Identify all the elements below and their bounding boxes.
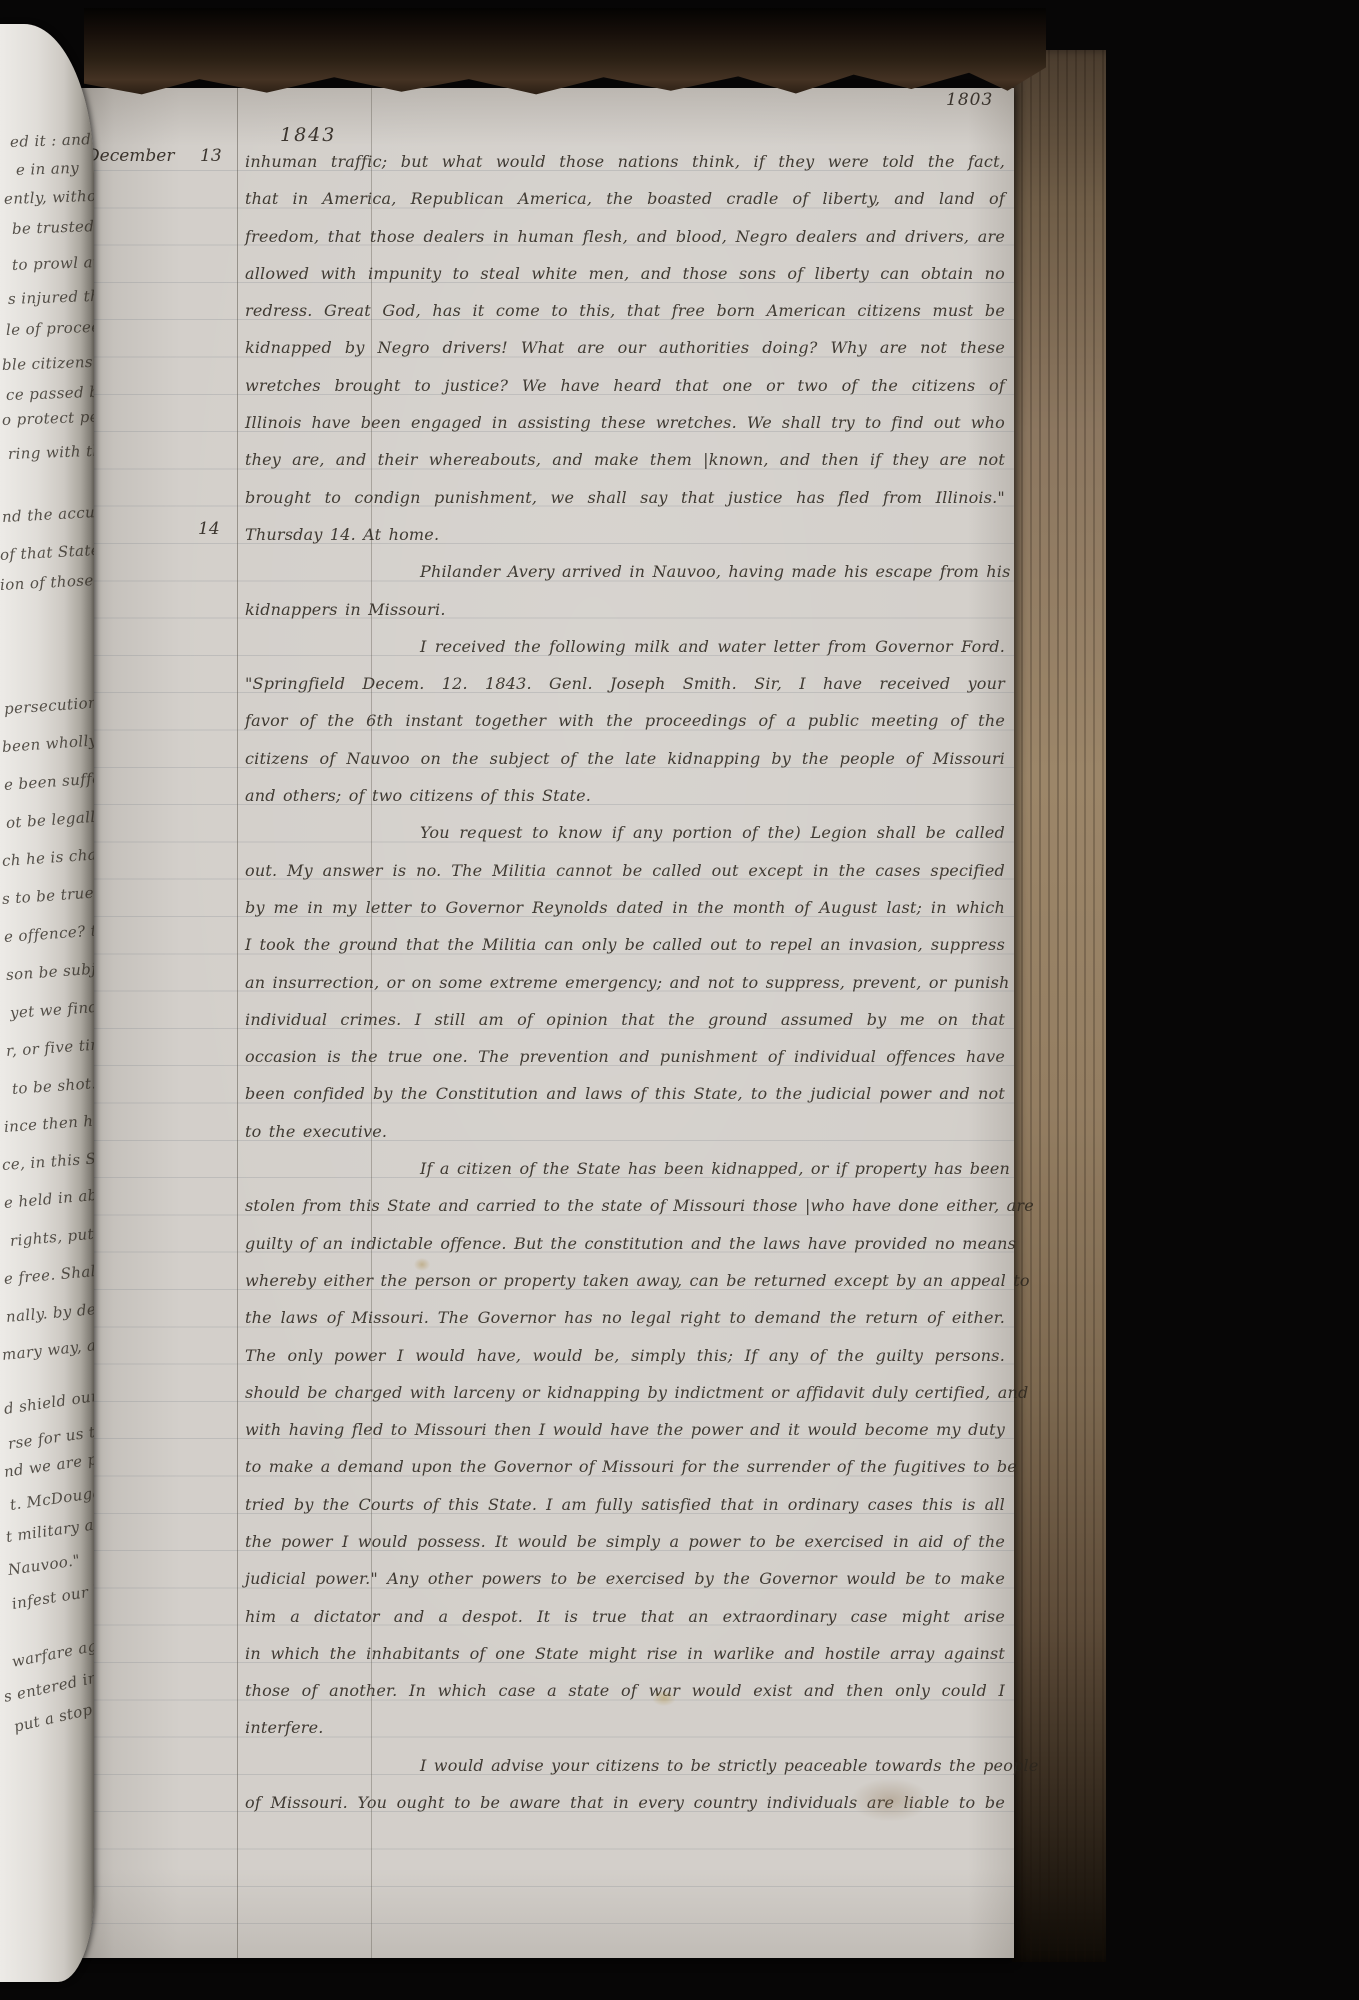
manuscript-line: should be charged with larceny or kidnap… <box>245 1374 1005 1411</box>
margin-month-label: December <box>86 146 174 166</box>
manuscript-line: kidnappers in Missouri. <box>245 591 1005 628</box>
manuscript-line: out. My answer is no. The Militia cannot… <box>245 852 1005 889</box>
margin-day-number-14: 14 <box>198 519 220 539</box>
manuscript-line: wretches brought to justice? We have hea… <box>245 367 1005 404</box>
manuscript-line: tried by the Courts of this State. I am … <box>245 1486 1005 1523</box>
ghost-text-fragment: warfare against <box>10 1629 94 1671</box>
ghost-text-fragment: infest our bord <box>11 1576 94 1612</box>
ghost-text-fragment: nd the accumulat <box>2 501 94 526</box>
manuscript-line: The only power I would have, would be, s… <box>245 1337 1005 1374</box>
ghost-text-fragment: le of proceedin <box>6 317 94 339</box>
manuscript-line: Illinois have been engaged in assisting … <box>245 404 1005 441</box>
manuscript-line: in which the inhabitants of one State mi… <box>245 1635 1005 1672</box>
ghost-text-fragment: ce, in this Sta <box>1 1148 94 1174</box>
ghost-text-fragment: mary way, and <box>1 1334 94 1364</box>
manuscript-line: been confided by the Constitution and la… <box>245 1075 1005 1112</box>
previous-page-edge: ed it : ande in anyently, withoutbe trus… <box>0 24 94 1982</box>
ghost-text-fragment: to be shot. <box>11 1074 94 1098</box>
manuscript-line: I took the ground that the Militia can o… <box>245 926 1005 963</box>
manuscript-body: inhuman traffic; but what would those na… <box>245 143 1005 1821</box>
ghost-text-fragment: ion of those fac <box>0 570 94 594</box>
manuscript-line: the laws of Missouri. The Governor has n… <box>245 1299 1005 1336</box>
manuscript-line: that in America, Republican America, the… <box>245 180 1005 217</box>
ghost-text-fragment: yet we find h <box>9 997 94 1022</box>
manuscript-line: Philander Avery arrived in Nauvoo, havin… <box>245 553 1005 590</box>
margin-rule-left <box>237 88 238 1958</box>
ghost-text-fragment: e free. Shall <box>3 1262 94 1288</box>
ghost-text-fragment: Nauvoo." <box>7 1551 82 1579</box>
ghost-text-fragment: s injured the <box>8 286 94 308</box>
manuscript-line: by me in my letter to Governor Reynolds … <box>245 889 1005 926</box>
manuscript-line: to make a demand upon the Governor of Mi… <box>245 1448 1005 1485</box>
journal-photograph: ed it : ande in anyently, withoutbe trus… <box>0 0 1359 2000</box>
manuscript-line: with having fled to Missouri then I woul… <box>245 1411 1005 1448</box>
ghost-text-fragment: e offence? truly <box>3 919 94 946</box>
manuscript-line: those of another. In which case a state … <box>245 1672 1005 1709</box>
ghost-text-fragment: ch he is charged <box>1 843 94 870</box>
manuscript-line: of Missouri. You ought to be aware that … <box>245 1784 1005 1821</box>
manuscript-line: individual crimes. I still am of opinion… <box>245 1001 1005 1038</box>
ghost-text-fragment: rights, put his <box>9 1222 94 1250</box>
manuscript-page: 1843 1803 December 13 14 inhuman traffic… <box>80 88 1014 1958</box>
manuscript-line: stolen from this State and carried to th… <box>245 1187 1005 1224</box>
ghost-text-fragment: t military agen <box>5 1512 94 1546</box>
manuscript-line: redress. Great God, has it come to this,… <box>245 292 1005 329</box>
manuscript-line: allowed with impunity to steal white men… <box>245 255 1005 292</box>
manuscript-line: occasion is the true one. The prevention… <box>245 1038 1005 1075</box>
manuscript-line: they are, and their whereabouts, and mak… <box>245 441 1005 478</box>
manuscript-line: inhuman traffic; but what would those na… <box>245 143 1005 180</box>
ghost-text-fragment: e been suffered <box>3 767 94 794</box>
manuscript-line: favor of the 6th instant together with t… <box>245 702 1005 739</box>
manuscript-line: whereby either the person or property ta… <box>245 1262 1005 1299</box>
ghost-text-fragment: ble citizens alo <box>2 352 94 374</box>
ghost-text-fragment: ce passed by <box>6 382 94 404</box>
ghost-text-fragment: ed it : and <box>10 130 92 151</box>
manuscript-line: brought to condign punishment, we shall … <box>245 479 1005 516</box>
ghost-text-fragment: be trusted <box>12 217 94 238</box>
ghost-text-fragment: nd we are ple <box>3 1448 94 1481</box>
ghost-text-fragment: e in any <box>16 159 80 179</box>
manuscript-line: freedom, that those dealers in human fle… <box>245 218 1005 255</box>
manuscript-line: citizens of Nauvoo on the subject of the… <box>245 740 1005 777</box>
manuscript-line: guilty of an indictable offence. But the… <box>245 1225 1005 1262</box>
page-number: 1803 <box>946 90 993 110</box>
manuscript-line: judicial power." Any other powers to be … <box>245 1560 1005 1597</box>
ghost-text-fragment: ot be legally <box>5 807 94 832</box>
manuscript-line: I would advise your citizens to be stric… <box>245 1747 1005 1784</box>
ghost-text-fragment: of that State, our <box>0 539 94 564</box>
manuscript-line: Thursday 14. At home. <box>245 516 1005 553</box>
page-edge-stack <box>1012 50 1106 1962</box>
ghost-text-fragment: o protect peacea <box>2 406 94 429</box>
ghost-text-fragment: t. McDougall <box>9 1482 94 1514</box>
ghost-text-fragment: r, or five times <box>5 1034 94 1060</box>
ghost-text-fragment: d shield oursel <box>3 1384 94 1418</box>
manuscript-line: to the executive. <box>245 1113 1005 1150</box>
ghost-text-fragment: e held in abeya <box>3 1183 94 1212</box>
manuscript-line: If a citizen of the State has been kidna… <box>245 1150 1005 1187</box>
manuscript-line: kidnapped by Negro drivers! What are our… <box>245 329 1005 366</box>
ghost-text-fragment: rse for us to p <box>7 1419 94 1452</box>
ghost-text-fragment: ring with the <box>8 441 94 463</box>
ghost-text-fragment: nally. by depa <box>5 1298 94 1325</box>
book-cover-top-edge <box>84 8 1046 98</box>
manuscript-line: You request to know if any portion of th… <box>245 814 1005 851</box>
ghost-text-fragment: s to be true, wh <box>1 881 94 908</box>
manuscript-line: him a dictator and a despot. It is true … <box>245 1598 1005 1635</box>
ghost-text-fragment: ince then he <box>3 1111 94 1136</box>
manuscript-line: "Springfield Decem. 12. 1843. Genl. Jose… <box>245 665 1005 702</box>
margin-day-number-13: 13 <box>200 146 222 166</box>
ghost-text-fragment: son be subject <box>5 958 94 984</box>
ghost-text-fragment: to prowl at <box>12 253 94 274</box>
manuscript-line: the power I would possess. It would be s… <box>245 1523 1005 1560</box>
manuscript-line: an insurrection, or on some extreme emer… <box>245 964 1005 1001</box>
ghost-text-fragment: ently, without <box>4 186 94 208</box>
manuscript-line: and others; of two citizens of this Stat… <box>245 777 1005 814</box>
ghost-text-fragment: been wholly an <box>1 730 94 756</box>
manuscript-line: I received the following milk and water … <box>245 628 1005 665</box>
ghost-text-fragment: persecutions, fr <box>3 691 94 718</box>
manuscript-line: interfere. <box>245 1709 1005 1746</box>
